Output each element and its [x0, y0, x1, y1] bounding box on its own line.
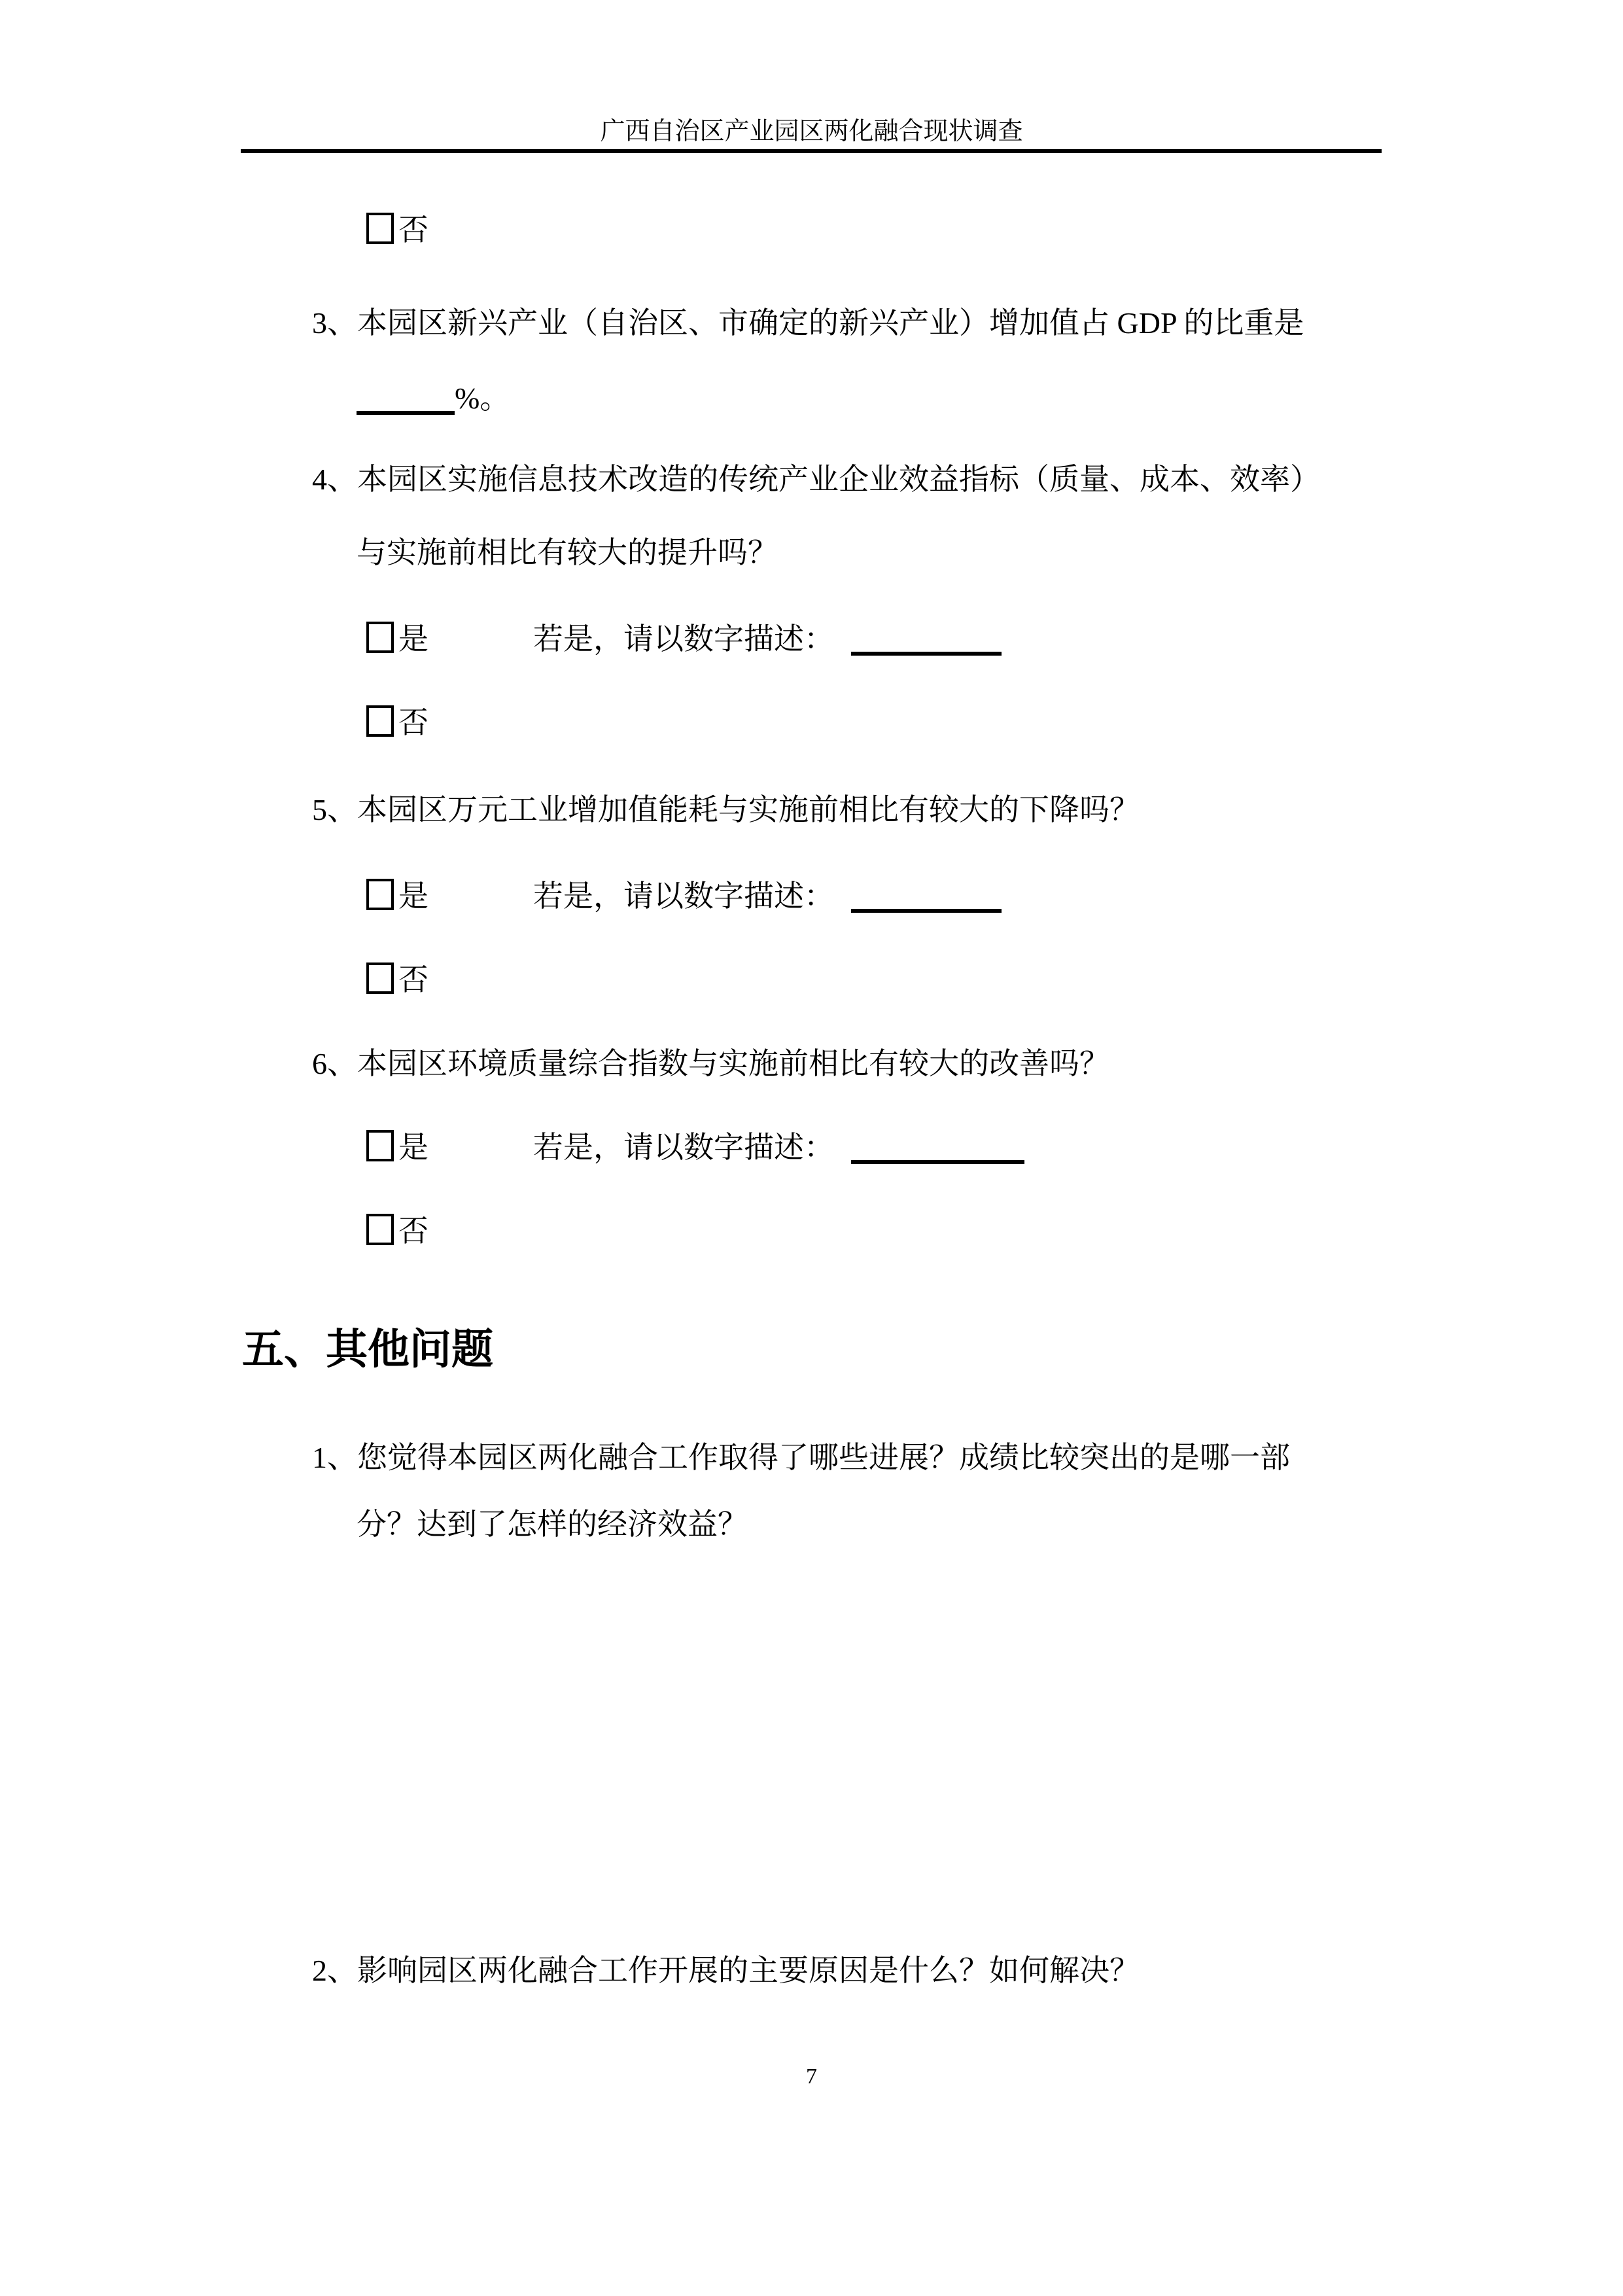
- question-3-text: 本园区新兴产业（自治区、市确定的新兴产业）增加值占 GDP 的比重是: [357, 306, 1304, 340]
- q6-option-yes-row: 是若是，请以数字描述：: [366, 1125, 1024, 1170]
- other-question-1-line2: 分？达到了怎样的经济效益？: [357, 1502, 748, 1547]
- q4-describe-fill-in-blank[interactable]: [851, 626, 1002, 656]
- no-checkbox[interactable]: [366, 963, 394, 994]
- question-4-text-line2: 与实施前相比有较大的提升吗？: [357, 536, 778, 569]
- question-3-number: 3、: [312, 301, 357, 345]
- yes-checkbox-label: 是: [398, 879, 428, 913]
- page-header-title: 广西自治区产业园区两化融合现状调查: [0, 116, 1623, 147]
- other-question-1-text-line2: 分？达到了怎样的经济效益？: [357, 1508, 748, 1541]
- question-4-line2: 与实施前相比有较大的提升吗？: [357, 531, 778, 575]
- no-checkbox[interactable]: [366, 705, 394, 737]
- if-yes-prompt: 若是，请以数字描述：: [533, 1131, 834, 1164]
- q5-option-yes-row: 是若是，请以数字描述：: [366, 874, 1002, 919]
- header-divider: [241, 149, 1382, 153]
- document-page: 广西自治区产业园区两化融合现状调查 否 3、本园区新兴产业（自治区、市确定的新兴…: [0, 0, 1623, 2296]
- q4-option-yes-row: 是若是，请以数字描述：: [366, 617, 1002, 662]
- yes-checkbox[interactable]: [366, 879, 394, 910]
- q6-describe-fill-in-blank[interactable]: [851, 1134, 1024, 1164]
- question-3-answer-row: %。: [357, 376, 510, 421]
- q5-describe-fill-in-blank[interactable]: [851, 883, 1002, 913]
- no-checkbox-label: 否: [398, 213, 428, 247]
- section-5-heading: 五、其他问题: [242, 1323, 493, 1375]
- other-question-1-line1: 1、您觉得本园区两化融合工作取得了哪些进展？成绩比较突出的是哪一部: [312, 1436, 1290, 1480]
- other-question-2-number: 2、: [312, 1949, 357, 1993]
- question-6-line1: 6、本园区环境质量综合指数与实施前相比有较大的改善吗？: [312, 1042, 1109, 1086]
- yes-checkbox-label: 是: [398, 622, 428, 656]
- other-question-1-number: 1、: [312, 1436, 357, 1480]
- no-checkbox-label: 否: [398, 706, 428, 739]
- no-checkbox-label: 否: [398, 1214, 428, 1248]
- q6-option-no-row: 否: [366, 1209, 428, 1254]
- yes-checkbox[interactable]: [366, 1130, 394, 1161]
- q4-option-no-row: 否: [366, 701, 428, 745]
- no-checkbox-label: 否: [398, 963, 428, 997]
- q5-option-no-row: 否: [366, 958, 428, 1002]
- no-checkbox[interactable]: [366, 213, 394, 244]
- other-question-1-text-line1: 您觉得本园区两化融合工作取得了哪些进展？成绩比较突出的是哪一部: [357, 1441, 1290, 1474]
- yes-checkbox[interactable]: [366, 622, 394, 653]
- question-6-number: 6、: [312, 1042, 357, 1086]
- other-question-2-text: 影响园区两化融合工作开展的主要原因是什么？如何解决？: [357, 1954, 1140, 1987]
- page-number: 7: [0, 2062, 1623, 2091]
- q2-option-no-row: 否: [366, 208, 428, 253]
- question-5-line1: 5、本园区万元工业增加值能耗与实施前相比有较大的下降吗？: [312, 788, 1140, 832]
- percent-suffix: %。: [455, 381, 510, 415]
- question-4-text-line1: 本园区实施信息技术改造的传统产业企业效益指标（质量、成本、效率）: [357, 463, 1320, 496]
- if-yes-prompt: 若是，请以数字描述：: [533, 622, 834, 656]
- other-question-2-line1: 2、影响园区两化融合工作开展的主要原因是什么？如何解决？: [312, 1949, 1140, 1993]
- yes-checkbox-label: 是: [398, 1131, 428, 1164]
- if-yes-prompt: 若是，请以数字描述：: [533, 879, 834, 913]
- percent-fill-in-blank[interactable]: [357, 385, 455, 415]
- no-checkbox[interactable]: [366, 1214, 394, 1245]
- question-4-line1: 4、本园区实施信息技术改造的传统产业企业效益指标（质量、成本、效率）: [312, 457, 1320, 502]
- question-4-number: 4、: [312, 457, 357, 502]
- question-5-text: 本园区万元工业增加值能耗与实施前相比有较大的下降吗？: [357, 793, 1140, 826]
- question-6-text: 本园区环境质量综合指数与实施前相比有较大的改善吗？: [357, 1047, 1109, 1080]
- question-5-number: 5、: [312, 788, 357, 832]
- question-3-line1: 3、本园区新兴产业（自治区、市确定的新兴产业）增加值占 GDP 的比重是: [312, 301, 1304, 345]
